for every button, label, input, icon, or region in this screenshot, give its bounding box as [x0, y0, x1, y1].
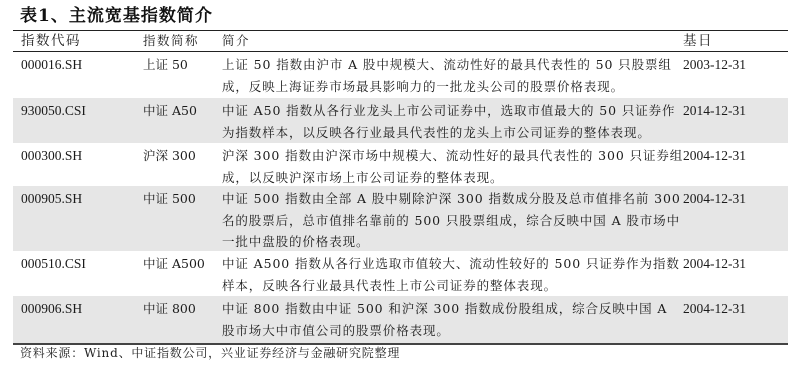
cell-desc: 沪深 300 指数由沪深市场中规模大、流动性好的最具代表性的 300 只证券组成…	[222, 143, 684, 188]
cell-date: 2004-12-31	[683, 296, 746, 319]
table-title: 表1、主流宽基指数简介	[20, 4, 213, 28]
header-name: 指数简称	[143, 31, 199, 51]
cell-date: 2004-12-31	[683, 186, 746, 209]
table-row: 930050.CSI 中证 A50 中证 A50 指数从各行业龙头上市公司证券中…	[13, 98, 788, 143]
table-row: 000300.SH 沪深 300 沪深 300 指数由沪深市场中规模大、流动性好…	[13, 143, 788, 186]
cell-name: 中证 800	[143, 296, 196, 319]
cell-code: 930050.CSI	[21, 98, 86, 121]
source-note: 资料来源：Wind、中证指数公司，兴业证券经济与金融研究院整理	[20, 344, 400, 362]
table-row: 000906.SH 中证 800 中证 800 指数由中证 500 和沪深 30…	[13, 296, 788, 343]
table-row: 000510.CSI 中证 A500 中证 A500 指数从各行业选取市值较大、…	[13, 251, 788, 296]
cell-name: 沪深 300	[143, 143, 196, 166]
cell-desc: 中证 A50 指数从各行业龙头上市公司证券中，选取市值最大的 50 只证券作为指…	[222, 98, 684, 143]
cell-name: 中证 A50	[143, 98, 197, 121]
table-row: 000905.SH 中证 500 中证 500 指数由全部 A 股中剔除沪深 3…	[13, 186, 788, 251]
cell-desc: 中证 500 指数由全部 A 股中剔除沪深 300 指数成分股及总市值排名前 3…	[222, 186, 684, 253]
cell-desc: 中证 A500 指数从各行业选取市值较大、流动性较好的 500 只证券作为指数样…	[222, 251, 684, 296]
cell-code: 000300.SH	[21, 143, 82, 166]
table-row: 000016.SH 上证 50 上证 50 指数由沪市 A 股中规模大、流动性好…	[13, 52, 788, 98]
cell-name: 上证 50	[143, 52, 188, 75]
header-date: 基日	[683, 31, 713, 51]
cell-code: 000510.CSI	[21, 251, 86, 274]
cell-code: 000016.SH	[21, 52, 82, 75]
table-header-row: 指数代码 指数简称 简介 基日	[13, 31, 788, 52]
cell-date: 2004-12-31	[683, 251, 746, 274]
header-desc: 简介	[222, 31, 684, 51]
cell-date: 2014-12-31	[683, 98, 746, 121]
cell-desc: 中证 800 指数由中证 500 和沪深 300 指数成份股组成，综合反映中国 …	[222, 296, 684, 341]
cell-code: 000905.SH	[21, 186, 82, 209]
cell-date: 2003-12-31	[683, 52, 746, 75]
header-code: 指数代码	[21, 31, 81, 51]
cell-code: 000906.SH	[21, 296, 82, 319]
cell-date: 2004-12-31	[683, 143, 746, 166]
index-table: 指数代码 指数简称 简介 基日 000016.SH 上证 50 上证 50 指数…	[13, 30, 788, 345]
cell-desc: 上证 50 指数由沪市 A 股中规模大、流动性好的最具代表性的 50 只股票组成…	[222, 52, 684, 97]
cell-name: 中证 A500	[143, 251, 205, 274]
cell-name: 中证 500	[143, 186, 196, 209]
